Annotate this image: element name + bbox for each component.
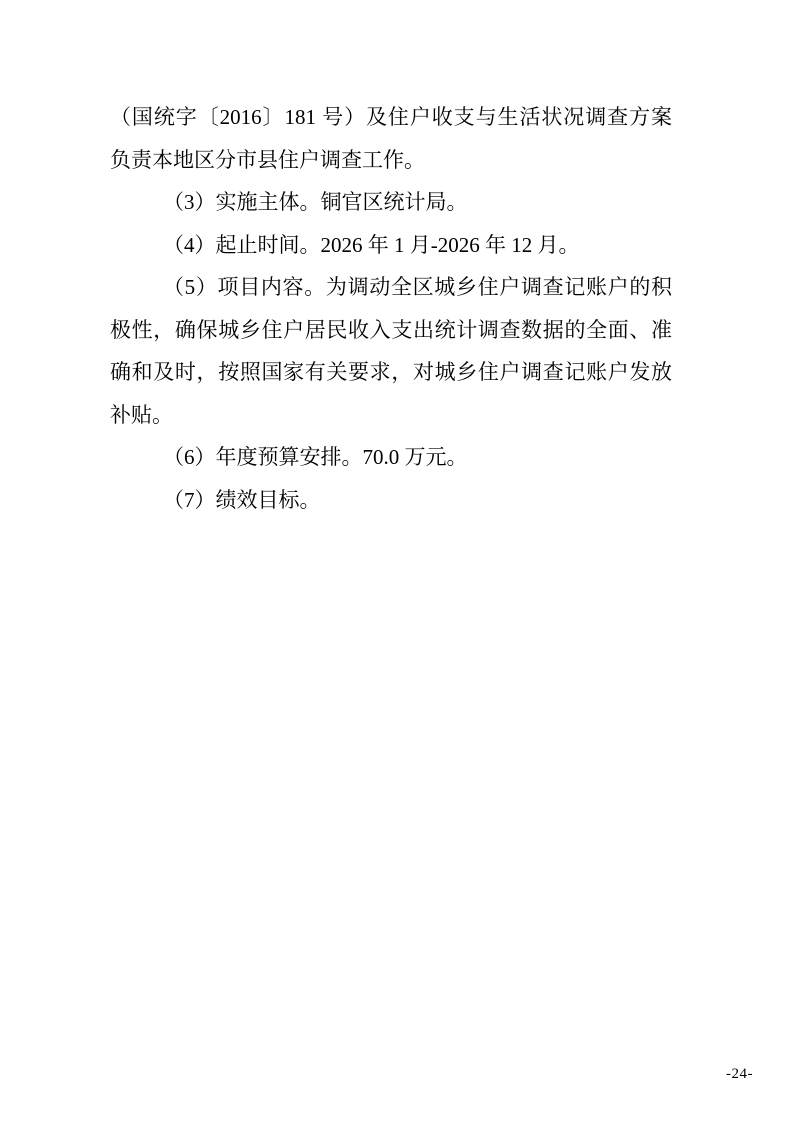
- text-line: （4）起止时间。2026 年 1 月-2026 年 12 月。: [110, 224, 672, 267]
- document-page: （国统字〔2016〕181 号）及住户收支与生活状况调查方案负责本地区分市县住户…: [0, 0, 793, 1122]
- text-line: 极性，确保城乡住户居民收入支出统计调查数据的全面、准: [110, 309, 672, 352]
- text-line: 补贴。: [110, 394, 672, 437]
- text-line: 确和及时，按照国家有关要求，对城乡住户调查记账户发放: [110, 351, 672, 394]
- page-number: -24-: [726, 1064, 753, 1084]
- text-line: （国统字〔2016〕181 号）及住户收支与生活状况调查方案: [110, 96, 672, 139]
- text-line: （5）项目内容。为调动全区城乡住户调查记账户的积: [110, 266, 672, 309]
- text-line: （6）年度预算安排。70.0 万元。: [110, 436, 672, 479]
- text-line: 负责本地区分市县住户调查工作。: [110, 139, 672, 182]
- text-line: （3）实施主体。铜官区统计局。: [110, 181, 672, 224]
- document-body: （国统字〔2016〕181 号）及住户收支与生活状况调查方案负责本地区分市县住户…: [110, 96, 672, 521]
- text-line: （7）绩效目标。: [110, 479, 672, 522]
